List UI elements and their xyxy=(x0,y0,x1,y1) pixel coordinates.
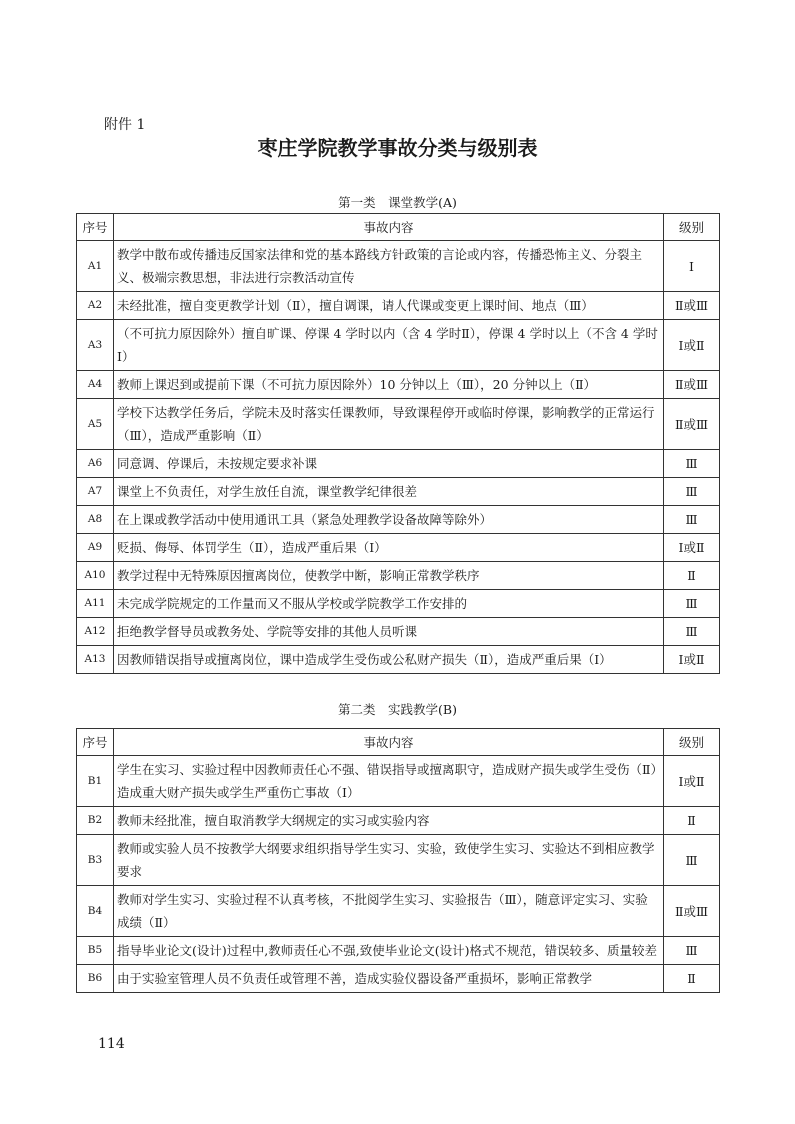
table-row: B4教师对学生实习、实验过程不认真考核，不批阅学生实习、实验报告（Ⅲ），随意评定… xyxy=(77,886,720,937)
row-id: A2 xyxy=(77,292,114,320)
row-content: 教学中散布或传播违反国家法律和党的基本路线方针政策的言论或内容，传播恐怖主义、分… xyxy=(114,241,664,292)
row-level: Ⅱ xyxy=(664,807,720,835)
row-level: Ⅰ或Ⅱ xyxy=(664,646,720,674)
row-id: A1 xyxy=(77,241,114,292)
row-content: 指导毕业论文(设计)过程中,教师责任心不强,致使毕业论文(设计)格式不规范，错误… xyxy=(114,937,664,965)
header-id: 序号 xyxy=(77,729,114,756)
row-content: 因教师错误指导或擅离岗位，课中造成学生受伤或公私财产损失（Ⅱ），造成严重后果（Ⅰ… xyxy=(114,646,664,674)
row-level: Ⅰ或Ⅱ xyxy=(664,534,720,562)
header-id: 序号 xyxy=(77,214,114,241)
table-row: A11未完成学院规定的工作量而又不服从学校或学院教学工作安排的Ⅲ xyxy=(77,590,720,618)
table-row: A9贬损、侮辱、体罚学生（Ⅱ），造成严重后果（Ⅰ）Ⅰ或Ⅱ xyxy=(77,534,720,562)
table-row: B3教师或实验人员不按教学大纲要求组织指导学生实习、实验，致使学生实习、实验达不… xyxy=(77,835,720,886)
attachment-label: 附件 1 xyxy=(104,114,145,134)
row-id: A10 xyxy=(77,562,114,590)
section-a-caption: 第一类 课堂教学(A) xyxy=(0,193,795,211)
row-level: Ⅱ或Ⅲ xyxy=(664,292,720,320)
row-id: B2 xyxy=(77,807,114,835)
row-level: Ⅱ或Ⅲ xyxy=(664,371,720,399)
table-row: B5指导毕业论文(设计)过程中,教师责任心不强,致使毕业论文(设计)格式不规范，… xyxy=(77,937,720,965)
table-row: A3（不可抗力原因除外）擅自旷课、停课 4 学时以内（含 4 学时Ⅱ），停课 4… xyxy=(77,320,720,371)
table-row: A4教师上课迟到或提前下课（不可抗力原因除外）10 分钟以上（Ⅲ），20 分钟以… xyxy=(77,371,720,399)
row-level: Ⅲ xyxy=(664,835,720,886)
row-level: Ⅱ或Ⅲ xyxy=(664,886,720,937)
table-row: A7课堂上不负责任，对学生放任自流，课堂教学纪律很差Ⅲ xyxy=(77,478,720,506)
table-row: A8在上课或教学活动中使用通讯工具（紧急处理教学设备故障等除外）Ⅲ xyxy=(77,506,720,534)
row-content: 教师未经批准，擅自取消教学大纲规定的实习或实验内容 xyxy=(114,807,664,835)
row-id: A8 xyxy=(77,506,114,534)
row-content: 教师对学生实习、实验过程不认真考核，不批阅学生实习、实验报告（Ⅲ），随意评定实习… xyxy=(114,886,664,937)
row-id: B6 xyxy=(77,965,114,993)
table-header-row: 序号 事故内容 级别 xyxy=(77,729,720,756)
row-level: Ⅲ xyxy=(664,618,720,646)
row-content: 学校下达教学任务后，学院未及时落实任课教师，导致课程停开或临时停课，影响教学的正… xyxy=(114,399,664,450)
row-content: 未经批准，擅自变更教学计划（Ⅱ），擅自调课，请人代课或变更上课时间、地点（Ⅲ） xyxy=(114,292,664,320)
row-content: 贬损、侮辱、体罚学生（Ⅱ），造成严重后果（Ⅰ） xyxy=(114,534,664,562)
row-id: A9 xyxy=(77,534,114,562)
table-row: B1学生在实习、实验过程中因教师责任心不强、错误指导或擅离职守，造成财产损失或学… xyxy=(77,756,720,807)
table-row: A10教学过程中无特殊原因擅离岗位，使教学中断，影响正常教学秩序Ⅱ xyxy=(77,562,720,590)
table-row: B6由于实验室管理人员不负责任或管理不善，造成实验仪器设备严重损坏，影响正常教学… xyxy=(77,965,720,993)
row-id: A7 xyxy=(77,478,114,506)
row-level: Ⅲ xyxy=(664,937,720,965)
header-level: 级别 xyxy=(664,729,720,756)
header-level: 级别 xyxy=(664,214,720,241)
row-content: 由于实验室管理人员不负责任或管理不善，造成实验仪器设备严重损坏，影响正常教学 xyxy=(114,965,664,993)
table-row: A12拒绝教学督导员或教务处、学院等安排的其他人员听课Ⅲ xyxy=(77,618,720,646)
row-id: A12 xyxy=(77,618,114,646)
row-content: 同意调、停课后，未按规定要求补课 xyxy=(114,450,664,478)
section-a-table: 序号 事故内容 级别 A1教学中散布或传播违反国家法律和党的基本路线方针政策的言… xyxy=(76,213,720,674)
row-content: （不可抗力原因除外）擅自旷课、停课 4 学时以内（含 4 学时Ⅱ），停课 4 学… xyxy=(114,320,664,371)
row-content: 教师上课迟到或提前下课（不可抗力原因除外）10 分钟以上（Ⅲ），20 分钟以上（… xyxy=(114,371,664,399)
row-id: B3 xyxy=(77,835,114,886)
row-id: A11 xyxy=(77,590,114,618)
row-content: 在上课或教学活动中使用通讯工具（紧急处理教学设备故障等除外） xyxy=(114,506,664,534)
row-content: 教师或实验人员不按教学大纲要求组织指导学生实习、实验，致使学生实习、实验达不到相… xyxy=(114,835,664,886)
section-b-caption: 第二类 实践教学(B) xyxy=(0,700,795,718)
header-content: 事故内容 xyxy=(114,214,664,241)
row-content: 拒绝教学督导员或教务处、学院等安排的其他人员听课 xyxy=(114,618,664,646)
table-header-row: 序号 事故内容 级别 xyxy=(77,214,720,241)
header-content: 事故内容 xyxy=(114,729,664,756)
document-title: 枣庄学院教学事故分类与级别表 xyxy=(0,132,795,161)
row-level: Ⅰ或Ⅱ xyxy=(664,320,720,371)
row-level: Ⅲ xyxy=(664,506,720,534)
row-id: A13 xyxy=(77,646,114,674)
row-level: Ⅱ或Ⅲ xyxy=(664,399,720,450)
row-id: B1 xyxy=(77,756,114,807)
row-level: Ⅲ xyxy=(664,590,720,618)
row-content: 教学过程中无特殊原因擅离岗位，使教学中断，影响正常教学秩序 xyxy=(114,562,664,590)
row-id: B5 xyxy=(77,937,114,965)
row-level: Ⅲ xyxy=(664,478,720,506)
row-content: 课堂上不负责任，对学生放任自流，课堂教学纪律很差 xyxy=(114,478,664,506)
page-number: 114 xyxy=(98,1036,125,1052)
section-b-table: 序号 事故内容 级别 B1学生在实习、实验过程中因教师责任心不强、错误指导或擅离… xyxy=(76,728,720,993)
row-level: Ⅲ xyxy=(664,450,720,478)
row-level: Ⅰ xyxy=(664,241,720,292)
table-row: A13因教师错误指导或擅离岗位，课中造成学生受伤或公私财产损失（Ⅱ），造成严重后… xyxy=(77,646,720,674)
table-row: A5学校下达教学任务后，学院未及时落实任课教师，导致课程停开或临时停课，影响教学… xyxy=(77,399,720,450)
table-row: A1教学中散布或传播违反国家法律和党的基本路线方针政策的言论或内容，传播恐怖主义… xyxy=(77,241,720,292)
row-content: 学生在实习、实验过程中因教师责任心不强、错误指导或擅离职守，造成财产损失或学生受… xyxy=(114,756,664,807)
row-level: Ⅰ或Ⅱ xyxy=(664,756,720,807)
table-row: B2教师未经批准，擅自取消教学大纲规定的实习或实验内容Ⅱ xyxy=(77,807,720,835)
row-id: A3 xyxy=(77,320,114,371)
row-content: 未完成学院规定的工作量而又不服从学校或学院教学工作安排的 xyxy=(114,590,664,618)
row-level: Ⅱ xyxy=(664,965,720,993)
row-level: Ⅱ xyxy=(664,562,720,590)
table-row: A2未经批准，擅自变更教学计划（Ⅱ），擅自调课，请人代课或变更上课时间、地点（Ⅲ… xyxy=(77,292,720,320)
row-id: A6 xyxy=(77,450,114,478)
table-row: A6同意调、停课后，未按规定要求补课Ⅲ xyxy=(77,450,720,478)
row-id: A5 xyxy=(77,399,114,450)
row-id: B4 xyxy=(77,886,114,937)
row-id: A4 xyxy=(77,371,114,399)
